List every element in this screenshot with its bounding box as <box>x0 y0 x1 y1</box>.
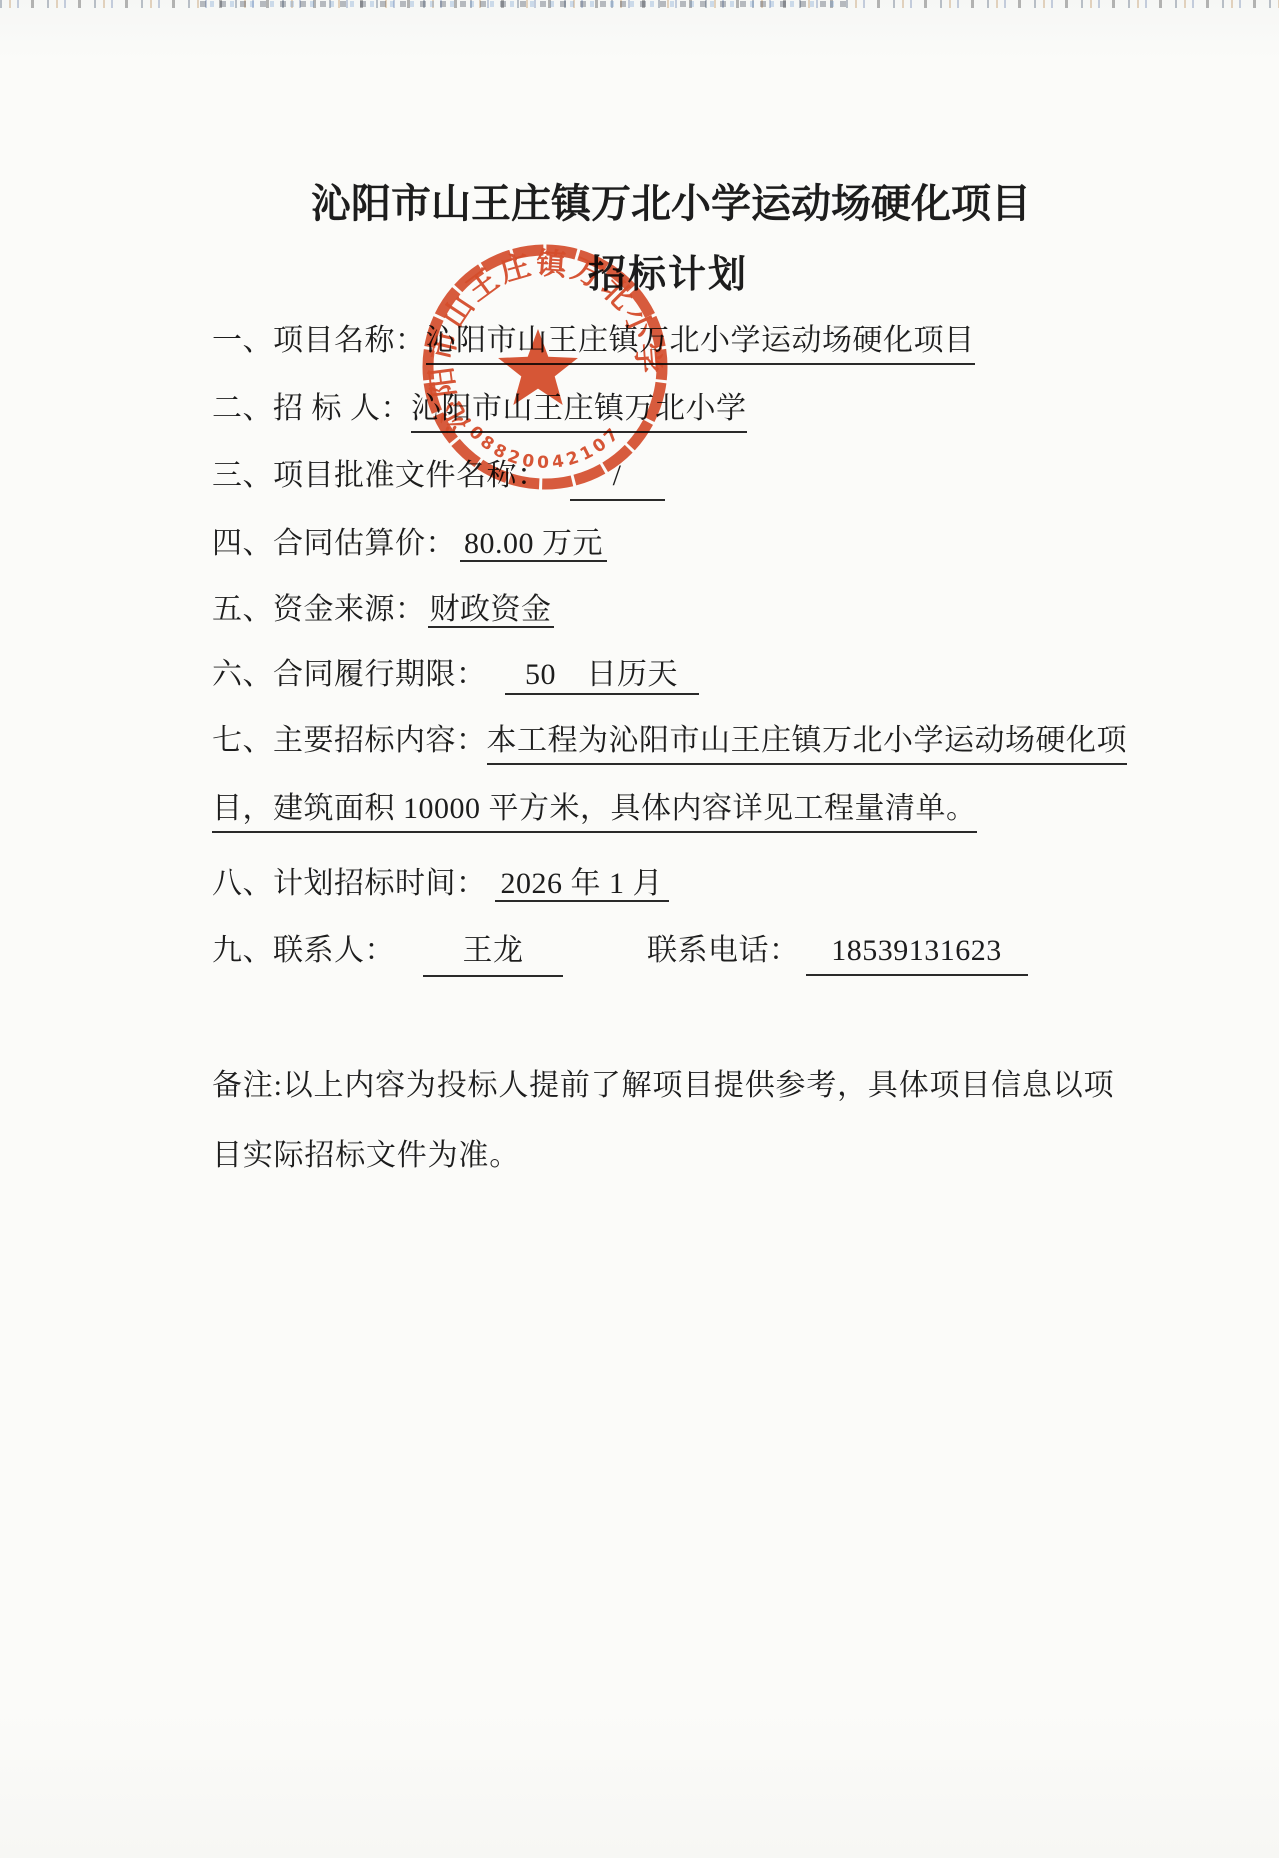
contact-phone: 18539131623 <box>806 934 1028 976</box>
scan-noise-artifact <box>200 1 850 7</box>
remark-line1: 备注:以上内容为投标人提前了解项目提供参考，具体项目信息以项 <box>212 1060 1114 1104</box>
contact-phone-group: 联系电话：18539131623 <box>647 925 1028 976</box>
item-value: 本工程为沁阳市山王庄镇万北小学运动场硬化项 <box>487 724 1128 765</box>
item-label: 五、资金来源： <box>212 593 426 626</box>
item-label: 八、计划招标时间： <box>212 867 487 900</box>
item-label: 四、合同估算价： <box>212 527 456 560</box>
item-label: 联系电话： <box>647 934 800 967</box>
item-label: 九、联系人： <box>212 934 395 967</box>
scanned-document-page: 沁阳市山王庄镇万北小学运动场硬化项目 招标计划 一、项目名称：沁阳市山王庄镇万北… <box>0 0 1279 1858</box>
item-planned-tender-time: 八、计划招标时间：2026 年 1 月 <box>212 858 669 902</box>
document-title: 沁阳市山王庄镇万北小学运动场硬化项目 <box>311 172 1031 229</box>
remark-line2: 目实际招标文件为准。 <box>212 1130 520 1174</box>
item-main-content-line2: 目，建筑面积 10000 平方米，具体内容详见工程量清单。 <box>212 783 977 827</box>
seal-star <box>498 329 578 405</box>
item-value: 财政资金 <box>428 593 554 628</box>
item-contact: 九、联系人：王龙 联系电话：18539131623 <box>212 925 563 977</box>
item-value: 80.00 万元 <box>460 527 607 562</box>
official-seal-stamp: 沁阳市山王庄镇万北小学 08820042107 <box>408 228 684 504</box>
item-label: 六、合同履行期限： <box>212 658 487 691</box>
item-estimated-price: 四、合同估算价：80.00 万元 <box>212 518 607 562</box>
item-value: 2026 年 1 月 <box>495 867 670 902</box>
item-value: 目，建筑面积 10000 平方米，具体内容详见工程量清单。 <box>212 792 977 833</box>
item-main-content-line1: 七、主要招标内容：本工程为沁阳市山王庄镇万北小学运动场硬化项 <box>212 715 1127 759</box>
item-value: 50 日历天 <box>505 649 699 695</box>
item-label: 七、主要招标内容： <box>212 724 487 757</box>
item-funding-source: 五、资金来源：财政资金 <box>212 584 554 628</box>
item-contract-duration: 六、合同履行期限：50 日历天 <box>212 649 699 695</box>
item-label: 二、招 标 人： <box>212 392 411 425</box>
item-label: 一、项目名称： <box>212 324 426 357</box>
contact-name: 王龙 <box>423 925 563 977</box>
